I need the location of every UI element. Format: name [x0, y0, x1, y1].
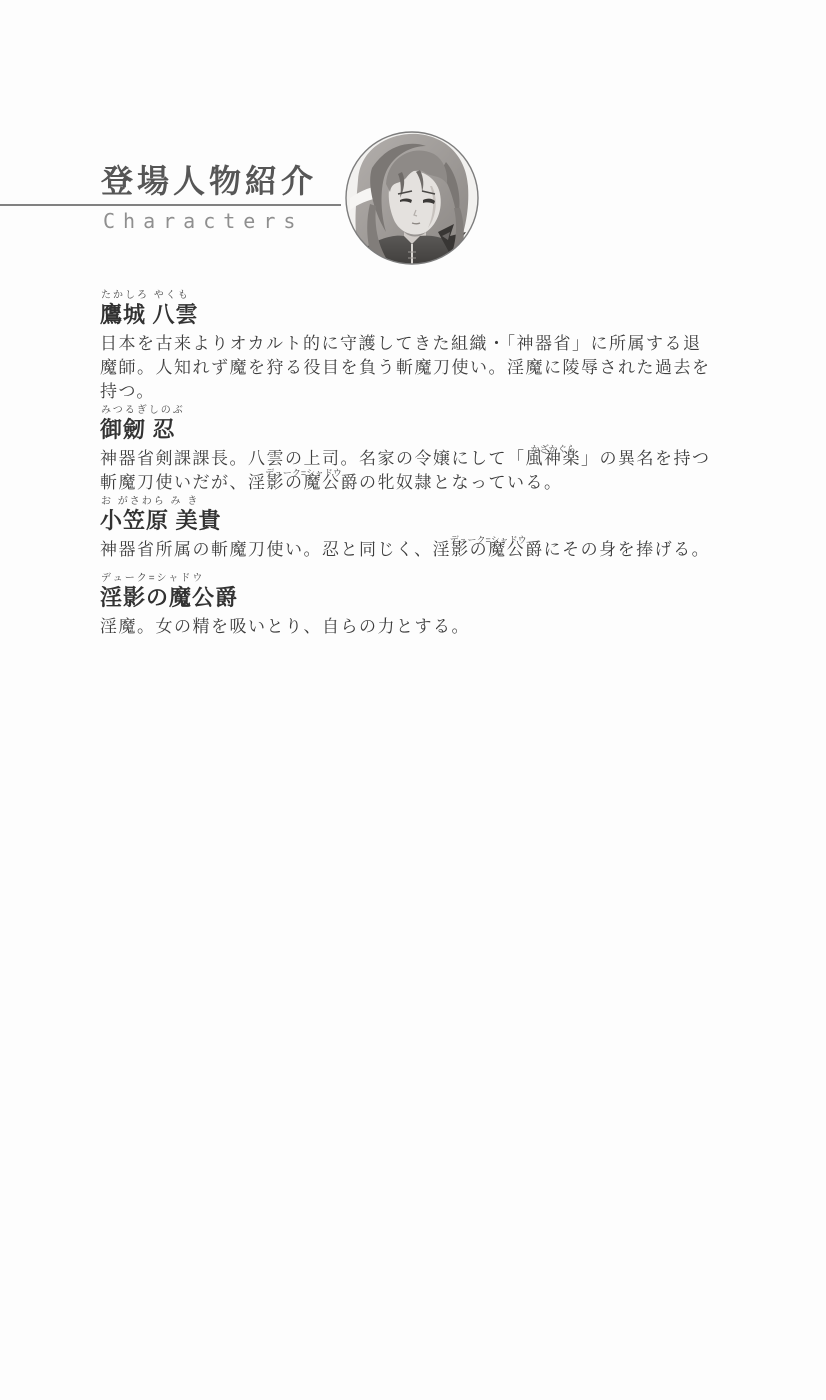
- description-line: 魔師。人知れず魔を狩る役目を負う斬魔刀使い。淫魔に陵辱された過去を: [100, 356, 740, 380]
- character-name-furigana: たかしろ やくも: [101, 291, 190, 301]
- page-title: 登場人物紹介: [101, 165, 317, 197]
- description-line: 持つ。: [100, 380, 740, 404]
- character-name-furigana: デューク=シャドウ: [101, 574, 204, 584]
- character-name-row: デューク=シャドウ 淫影の魔公爵: [100, 574, 740, 611]
- character-name-row: みつるぎしのぶ 御劒 忍: [100, 406, 740, 443]
- character-entry: みつるぎしのぶ 御劒 忍 神器省剣課課長。八雲の上司。名家の令嬢にして「かざかぐ…: [100, 406, 740, 495]
- character-name-row: たかしろ やくも 鷹城 八雲: [100, 291, 740, 328]
- page-subtitle: Characters: [103, 209, 303, 233]
- ruby-annotated-text: デューク=シャドウ淫影の魔公爵: [433, 538, 544, 562]
- character-name: 小笠原 美貴: [100, 508, 222, 533]
- character-entry: デューク=シャドウ 淫影の魔公爵 淫魔。女の精を吸いとり、自らの力とする。: [100, 574, 740, 639]
- character-entry: お がさわら み き 小笠原 美貴 神器省所属の斬魔刀使い。忍と同じく、デューク…: [100, 497, 740, 562]
- portrait-illustration: [342, 128, 482, 268]
- description-line: 淫魔。女の精を吸いとり、自らの力とする。: [100, 615, 740, 639]
- character-description: 日本を古来よりオカルト的に守護してきた組織・「神器省」に所属する退魔師。人知れず…: [100, 332, 740, 404]
- character-name: 鷹城 八雲: [100, 302, 199, 327]
- ruby-furigana: かざかぐら: [531, 445, 576, 454]
- character-portrait-image: [342, 128, 482, 268]
- character-description: 淫魔。女の精を吸いとり、自らの力とする。: [100, 615, 740, 639]
- description-line: 斬魔刀使いだが、デューク=シャドウ淫影の魔公爵の牝奴隷となっている。: [100, 471, 740, 495]
- character-name: 御劒 忍: [100, 417, 176, 442]
- header-divider-line: [0, 204, 341, 206]
- ruby-furigana: デューク=シャドウ: [265, 469, 342, 478]
- character-description: 神器省剣課課長。八雲の上司。名家の令嬢にして「かざかぐら風神楽」の異名を持つ斬魔…: [100, 447, 740, 495]
- description-line: 日本を古来よりオカルト的に守護してきた組織・「神器省」に所属する退: [100, 332, 740, 356]
- character-entry: たかしろ やくも 鷹城 八雲 日本を古来よりオカルト的に守護してきた組織・「神器…: [100, 291, 740, 404]
- ruby-annotated-text: かざかぐら風神楽: [526, 447, 582, 471]
- description-line: 神器省剣課課長。八雲の上司。名家の令嬢にして「かざかぐら風神楽」の異名を持つ: [100, 447, 740, 471]
- character-name-furigana: みつるぎしのぶ: [101, 406, 185, 416]
- character-description: 神器省所属の斬魔刀使い。忍と同じく、デューク=シャドウ淫影の魔公爵にその身を捧げ…: [100, 538, 740, 562]
- character-name: 淫影の魔公爵: [100, 585, 238, 610]
- character-name-furigana: お がさわら み き: [101, 497, 199, 507]
- description-line: 神器省所属の斬魔刀使い。忍と同じく、デューク=シャドウ淫影の魔公爵にその身を捧げ…: [100, 538, 740, 562]
- character-list: たかしろ やくも 鷹城 八雲 日本を古来よりオカルト的に守護してきた組織・「神器…: [100, 291, 740, 641]
- ruby-furigana: デューク=シャドウ: [450, 536, 527, 545]
- ruby-annotated-text: デューク=シャドウ淫影の魔公爵: [248, 471, 359, 495]
- book-page: 登場人物紹介 Characters: [0, 0, 826, 1400]
- character-name-row: お がさわら み き 小笠原 美貴: [100, 497, 740, 534]
